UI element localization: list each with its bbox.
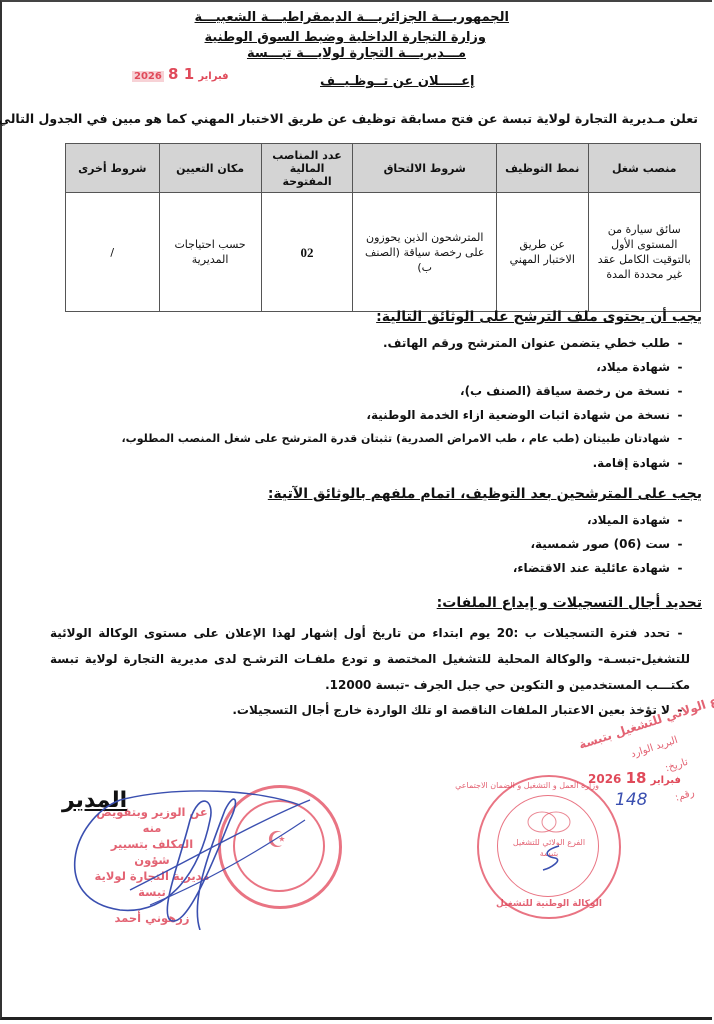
agency-stamp-day: 18	[626, 769, 647, 787]
col-header-location: مكان التعيين	[159, 144, 261, 193]
agency-date-stamp: 2026 فبراير 18	[588, 769, 681, 787]
top-stamp-year: 2026	[132, 71, 164, 82]
list-item: نسخة من شهادة اثبات الوضعية ازاء الخدمة …	[121, 403, 690, 427]
col-header-recruitment-mode: نمط التوظيف	[496, 144, 588, 193]
announcement-title: إعـــــلان عن تــوظـيــف	[320, 74, 474, 89]
top-date-stamp: 2026 فبراير 1 8	[132, 65, 229, 83]
bullet-dash: -	[670, 620, 690, 646]
cell-recruitment-mode: عن طريق الاختبار المهني	[496, 193, 588, 312]
required-docs-list: طلب خطي يتضمن عنوان المترشح ورقم الهاتف.…	[121, 331, 690, 475]
agency-initial-signature	[537, 842, 567, 872]
cell-conditions: المترشحون الذين يحوزون على رخصة سياقة (ا…	[353, 193, 497, 312]
cell-location: حسب احتياجات المديرية	[159, 193, 261, 312]
list-item: شهادتان طبيتان (طب عام ، طب الامراض الصد…	[121, 427, 690, 451]
section-post-hiring-docs-title: يجب على المترشحين بعد التوظيف، اتمام ملف…	[268, 486, 702, 502]
section-deadlines-title: تحديد أجال التسجيلات و إيداع الملفات:	[437, 595, 702, 611]
col-header-positions-count: عدد المناصب المالية المفتوحة	[261, 144, 353, 193]
list-item: شهادة عائلية عند الاقتضاء،	[513, 556, 690, 580]
header-directorate: مـــديريـــة التجارة لولايـــة تبـــسة	[247, 46, 466, 62]
intro-text: تعلن مـديرية التجارة لولاية تبسة عن فتح …	[0, 111, 698, 126]
col-header-conditions: شروط الالتحاق	[353, 144, 497, 193]
jobs-table: منصب شغل نمط التوظيف شروط الالتحاق عدد ا…	[65, 143, 701, 312]
agency-seal-bottom-text: الوكالة الوطنية للتشغيل	[494, 899, 604, 909]
top-stamp-day: 1 8	[168, 65, 194, 83]
incomplete-files-note: -لا تؤخذ بعين الاعتبار الملفات الناقصة ا…	[232, 697, 690, 723]
agency-seal-ring-text: وزارة العمل و التشغيل و الضمان الاجتماعي	[499, 781, 599, 790]
top-stamp-month: فبراير	[198, 71, 228, 82]
agency-stamp-month: فبراير	[651, 775, 681, 786]
cell-other: /	[66, 193, 160, 312]
cell-positions-count: 02	[261, 193, 353, 312]
header-ministry: وزارة التجارة الداخلية وضبط السوق الوطني…	[205, 30, 486, 46]
list-item: شهادة إقامة.	[121, 451, 690, 475]
list-item: طلب خطي يتضمن عنوان المترشح ورقم الهاتف.	[121, 331, 690, 355]
table-row: سائق سيارة من المستوى الأول بالتوقيت الك…	[66, 193, 701, 312]
director-signature	[60, 780, 320, 930]
deadline-paragraph: -تحدد فترة التسجيلات ب :20 يوم ابتداء من…	[50, 620, 690, 698]
registration-number-handwritten: 148	[615, 790, 647, 810]
deadline-text: تحدد فترة التسجيلات ب :20 يوم ابتداء من …	[50, 626, 690, 692]
post-hiring-docs-list: شهادة الميلاد، ست (06) صور شمسية، شهادة …	[513, 508, 690, 580]
agency-logo-icon	[524, 807, 574, 837]
incomplete-files-text: لا تؤخذ بعين الاعتبار الملفات الناقصة او…	[232, 703, 670, 717]
agency-round-seal: وزارة العمل و التشغيل و الضمان الاجتماعي…	[477, 775, 621, 919]
list-item: شهادة الميلاد،	[513, 508, 690, 532]
header-republic: الجمهوريـــة الجزائريـــة الديمقراطيـــة…	[195, 10, 509, 26]
cell-position: سائق سيارة من المستوى الأول بالتوقيت الك…	[588, 193, 700, 312]
section-required-docs-title: يجب أن يحتوى ملف الترشح على الوثائق التا…	[376, 309, 702, 325]
col-header-other: شروط أخرى	[66, 144, 160, 193]
list-item: ست (06) صور شمسية،	[513, 532, 690, 556]
list-item: شهادة ميلاد،	[121, 355, 690, 379]
table-header-row: منصب شغل نمط التوظيف شروط الالتحاق عدد ا…	[66, 144, 701, 193]
list-item: نسخة من رخصة سياقة (الصنف ب)،	[121, 379, 690, 403]
col-header-position: منصب شغل	[588, 144, 700, 193]
